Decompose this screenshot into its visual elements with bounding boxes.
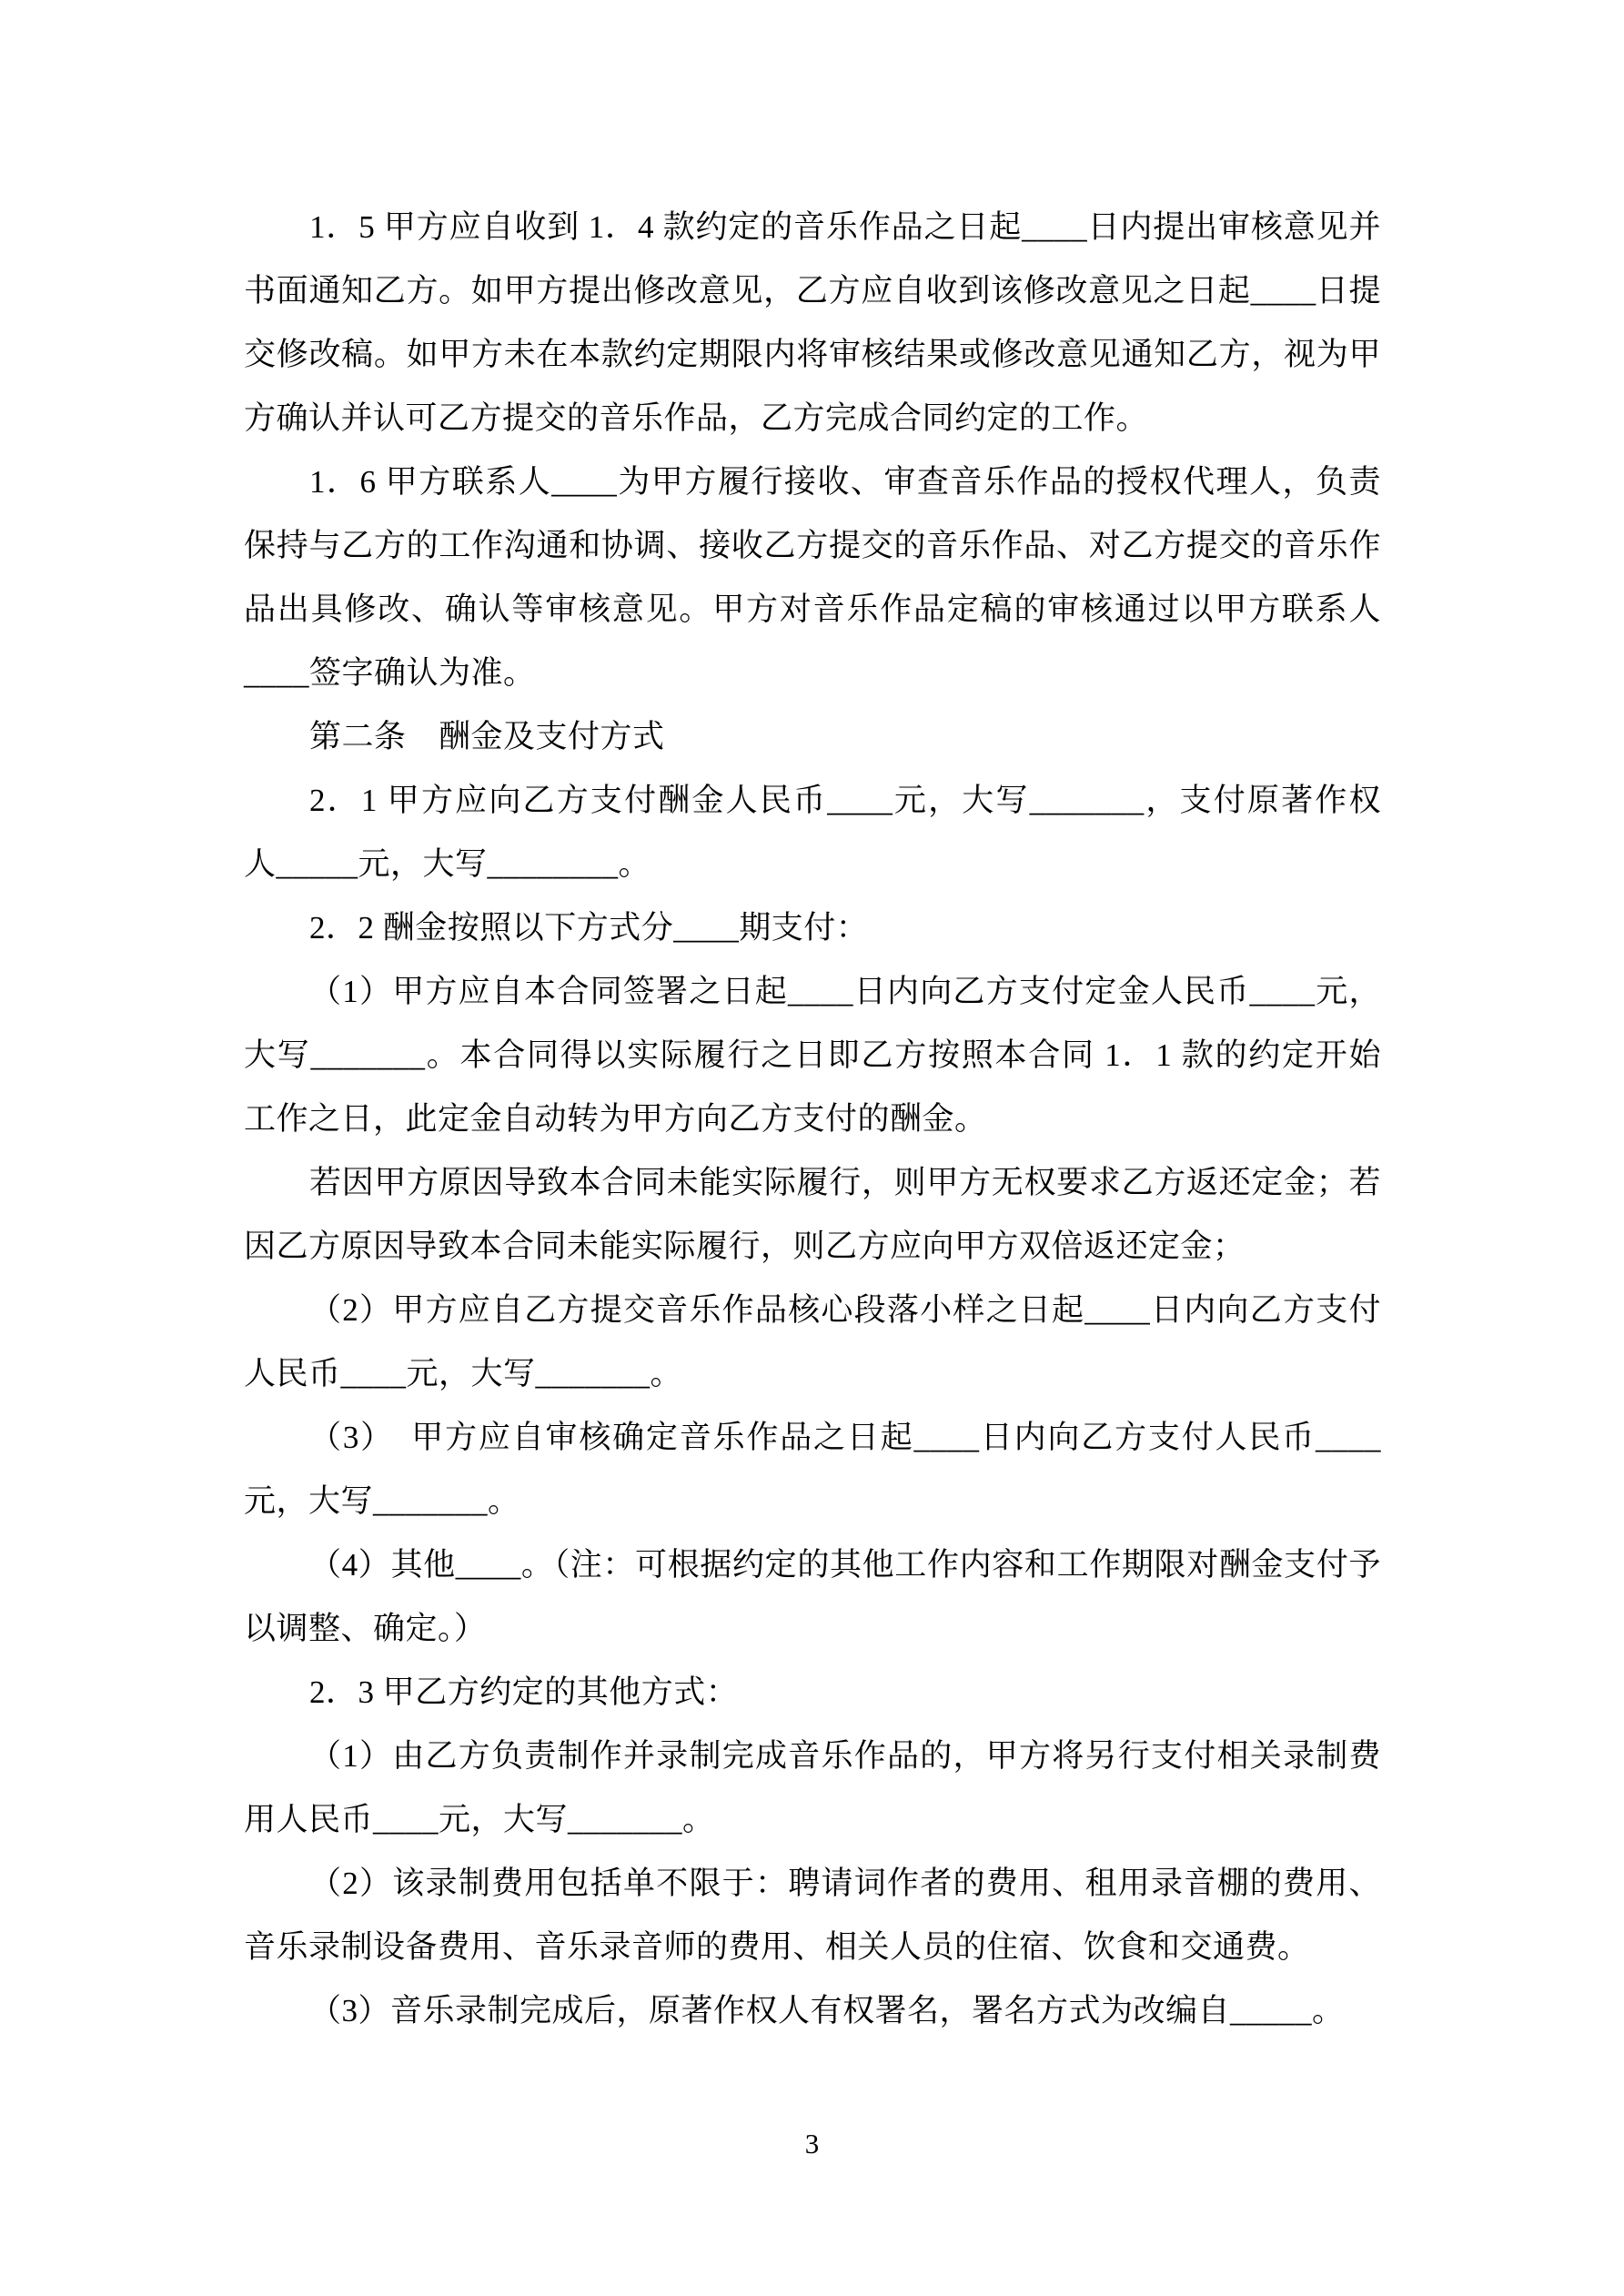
- paragraph: 若因甲方原因导致本合同未能实际履行，则甲方无权要求乙方返还定金；若因乙方原因导致…: [244, 1151, 1381, 1279]
- text-line: 元，大写_______。: [244, 1470, 1381, 1533]
- text-line: 交修改稿。如甲方未在本款约定期限内将审核结果或修改意见通知乙方，视为甲: [244, 323, 1381, 387]
- text-line: （3） 甲方应自审核确定音乐作品之日起____日内向乙方支付人民币____: [244, 1406, 1381, 1470]
- page-number: 3: [0, 2117, 1624, 2171]
- text-line: 书面通知乙方。如甲方提出修改意见，乙方应自收到该修改意见之日起____日提: [244, 259, 1381, 323]
- paragraph: 2．1 甲方应向乙方支付酬金人民币____元，大写_______，支付原著作权人…: [244, 769, 1381, 896]
- paragraph: 1．6 甲方联系人____为甲方履行接收、审查音乐作品的授权代理人，负责保持与乙…: [244, 450, 1381, 705]
- paragraph: （3） 甲方应自审核确定音乐作品之日起____日内向乙方支付人民币____元，大…: [244, 1406, 1381, 1533]
- text-line: 1．5 甲方应自收到 1．4 款约定的音乐作品之日起____日内提出审核意见并: [244, 196, 1381, 259]
- text-line: （4）其他____。（注：可根据约定的其他工作内容和工作期限对酬金支付予: [244, 1533, 1381, 1597]
- text-line: 1．6 甲方联系人____为甲方履行接收、审查音乐作品的授权代理人，负责: [244, 450, 1381, 514]
- text-line: ____签字确认为准。: [244, 642, 1381, 705]
- text-line: 方确认并认可乙方提交的音乐作品，乙方完成合同约定的工作。: [244, 387, 1381, 450]
- text-line: （2）甲方应自乙方提交音乐作品核心段落小样之日起____日内向乙方支付: [244, 1279, 1381, 1342]
- text-line: 人_____元，大写________。: [244, 833, 1381, 896]
- paragraph: （2）该录制费用包括单不限于：聘请词作者的费用、租用录音棚的费用、音乐录制设备费…: [244, 1852, 1381, 1979]
- paragraph: （2）甲方应自乙方提交音乐作品核心段落小样之日起____日内向乙方支付人民币__…: [244, 1279, 1381, 1406]
- paragraph: 2．3 甲乙方约定的其他方式：: [244, 1661, 1381, 1725]
- text-line: （3）音乐录制完成后，原著作权人有权署名，署名方式为改编自_____。: [244, 1979, 1381, 2043]
- text-line: 大写_______。本合同得以实际履行之日即乙方按照本合同 1．1 款的约定开始: [244, 1024, 1381, 1087]
- paragraph: （4）其他____。（注：可根据约定的其他工作内容和工作期限对酬金支付予以调整、…: [244, 1533, 1381, 1661]
- paragraph: （3）音乐录制完成后，原著作权人有权署名，署名方式为改编自_____。: [244, 1979, 1381, 2043]
- document-body: 1．5 甲方应自收到 1．4 款约定的音乐作品之日起____日内提出审核意见并书…: [244, 196, 1381, 2043]
- text-line: （1）由乙方负责制作并录制完成音乐作品的，甲方将另行支付相关录制费: [244, 1725, 1381, 1788]
- paragraph: 第二条 酬金及支付方式: [244, 705, 1381, 769]
- text-line: 以调整、确定。）: [244, 1597, 1381, 1661]
- text-line: 品出具修改、确认等审核意见。甲方对音乐作品定稿的审核通过以甲方联系人: [244, 578, 1381, 642]
- document-page: 1．5 甲方应自收到 1．4 款约定的音乐作品之日起____日内提出审核意见并书…: [0, 0, 1624, 2296]
- text-line: 工作之日，此定金自动转为甲方向乙方支付的酬金。: [244, 1087, 1381, 1151]
- paragraph: （1）甲方应自本合同签署之日起____日内向乙方支付定金人民币____元，大写_…: [244, 960, 1381, 1151]
- text-line: 用人民币____元，大写_______。: [244, 1788, 1381, 1852]
- text-line: 因乙方原因导致本合同未能实际履行，则乙方应向甲方双倍返还定金；: [244, 1215, 1381, 1279]
- text-line: （2）该录制费用包括单不限于：聘请词作者的费用、租用录音棚的费用、: [244, 1852, 1381, 1916]
- text-line: 保持与乙方的工作沟通和协调、接收乙方提交的音乐作品、对乙方提交的音乐作: [244, 514, 1381, 578]
- text-line: 人民币____元，大写_______。: [244, 1342, 1381, 1406]
- paragraph: （1）由乙方负责制作并录制完成音乐作品的，甲方将另行支付相关录制费用人民币___…: [244, 1725, 1381, 1852]
- text-line: 第二条 酬金及支付方式: [244, 705, 1381, 769]
- text-line: 2．3 甲乙方约定的其他方式：: [244, 1661, 1381, 1725]
- text-line: 若因甲方原因导致本合同未能实际履行，则甲方无权要求乙方返还定金；若: [244, 1151, 1381, 1215]
- text-line: 2．2 酬金按照以下方式分____期支付：: [244, 896, 1381, 960]
- paragraph: 1．5 甲方应自收到 1．4 款约定的音乐作品之日起____日内提出审核意见并书…: [244, 196, 1381, 450]
- text-line: 2．1 甲方应向乙方支付酬金人民币____元，大写_______，支付原著作权: [244, 769, 1381, 833]
- paragraph: 2．2 酬金按照以下方式分____期支付：: [244, 896, 1381, 960]
- text-line: （1）甲方应自本合同签署之日起____日内向乙方支付定金人民币____元，: [244, 960, 1381, 1024]
- text-line: 音乐录制设备费用、音乐录音师的费用、相关人员的住宿、饮食和交通费。: [244, 1916, 1381, 1979]
